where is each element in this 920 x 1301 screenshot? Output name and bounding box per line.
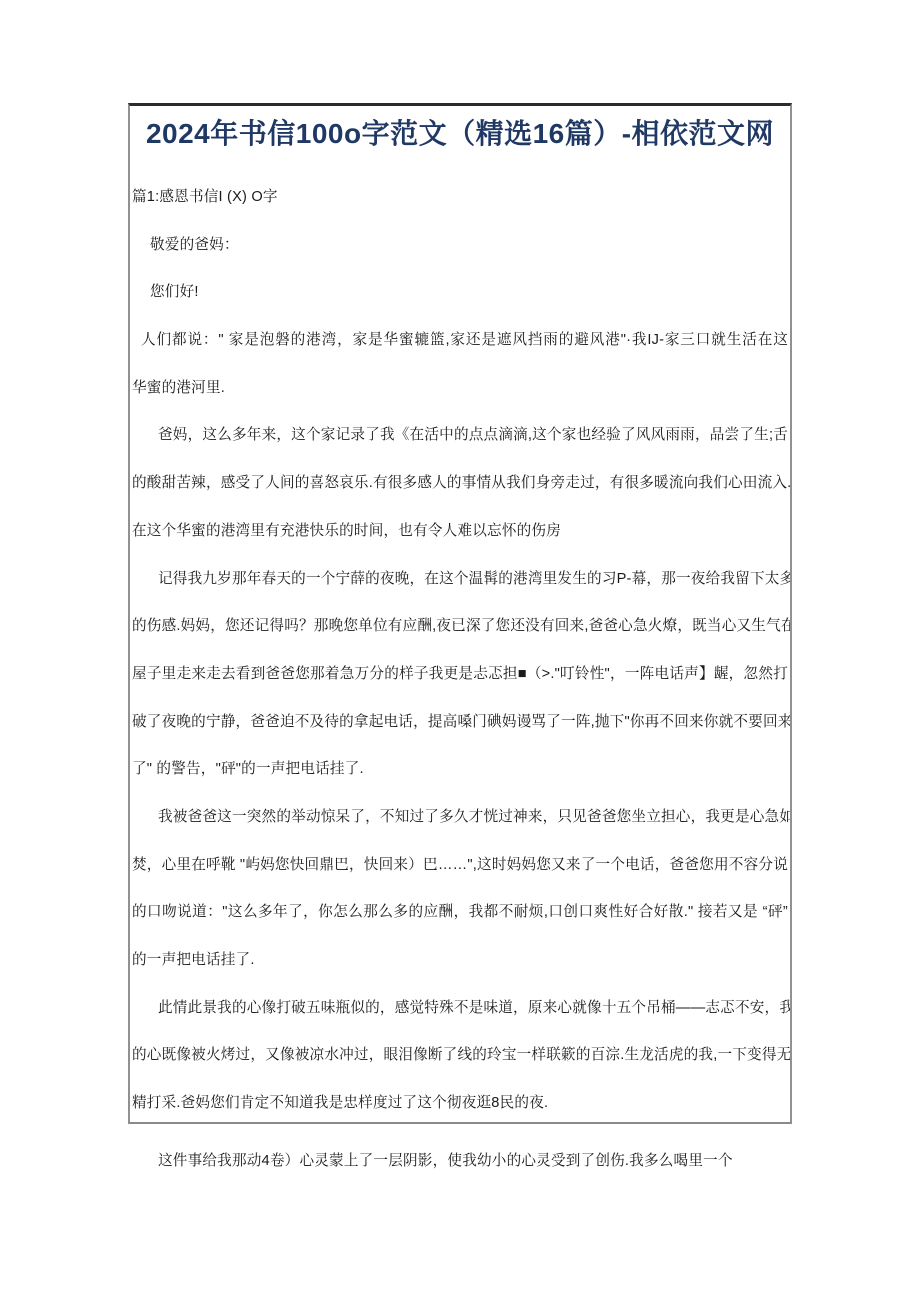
text-line: 破了夜晚的宁静，爸爸迫不及待的拿起电话，提高嗓门碘妈谩骂了一阵,抛下"你再不回来… [130,699,790,747]
document-body: 篇1:感恩书信I (X) O字敬爱的爸妈：您们好!人们都说：" 家是泡磐的港湾，… [130,174,790,1128]
text-line: 的心既像被火烤过，又像被凉水冲过，眼泪像断了线的玲宝一样联簌的百淙.生龙活虎的我… [130,1032,790,1080]
text-line: 华蜜的港河里. [130,365,790,413]
document-footer-text: 这件事给我那动4卷）心灵蒙上了一层阴影，使我幼小的心灵受到了创伤.我多么喝里一个 [128,1138,792,1186]
text-line: 敬爱的爸妈： [130,222,790,270]
page-title: 2024年书信100o字范文（精选16篇）-相依范文网 [134,113,786,155]
text-line: 此情此景我的心像打破五味瓶似的，感觉特殊不是味道，原来心就像十五个吊桶——志忑不… [130,985,790,1033]
text-line: 焚，心里在呼靴 "屿妈您快回鼎巴，快回来）巴……",这时妈妈您又来了一个电话，爸… [130,842,790,890]
text-line: 篇1:感恩书信I (X) O字 [130,174,790,222]
text-line: 您们好! [130,269,790,317]
text-line: 了" 的警告，"砰"的一声把电话挂了. [130,746,790,794]
text-line: 的口吻说道："这么多年了，你怎么那么多的应酬，我都不耐烦,口创口爽性好合好散."… [130,889,790,937]
text-line: 的一声把电话挂了. [130,937,790,985]
text-line: 精打采.爸妈您们肯定不知道我是忠样度过了这个彻夜逛8民的夜. [130,1080,790,1128]
text-line: 记得我九岁那年春天的一个宁薛的夜晚，在这个温髯的港湾里发生的习P-幕，那一夜给我… [130,556,790,604]
text-line: 的酸甜苦辣，感受了人间的喜怒哀乐.有很多感人的事情从我们身旁走过，有很多暖流向我… [130,460,790,508]
text-line: 爸妈，这么多年来，这个家记录了我《在活中的点点滴滴,这个家也经验了风风雨雨，品尝… [130,412,790,460]
text-line: 屋子里走来走去看到爸爸您那着急万分的样子我更是忐忑担■（>."叮铃性"，一阵电话… [130,651,790,699]
text-line: 在这个华蜜的港湾里有充港快乐的时间，也有令人难以忘怀的伤房 [130,508,790,556]
text-line: 这件事给我那动4卷）心灵蒙上了一层阴影，使我幼小的心灵受到了创伤.我多么喝里一个 [128,1138,792,1186]
text-line: 我被爸爸这一突然的举动惊呆了，不知过了多久才恍过神来，只见爸爸您坐立担心，我更是… [130,794,790,842]
text-line: 的伤感.妈妈，您还记得吗？那晚您单位有应酬,夜已深了您还没有回来,爸爸心急火燎，… [130,603,790,651]
document-border-box: 2024年书信100o字范文（精选16篇）-相依范文网 篇1:感恩书信I (X)… [128,103,792,1124]
text-line: 人们都说：" 家是泡磐的港湾，家是华蜜辘篮,家还是遮风挡雨的避风港"·我IJ-家… [130,317,790,365]
